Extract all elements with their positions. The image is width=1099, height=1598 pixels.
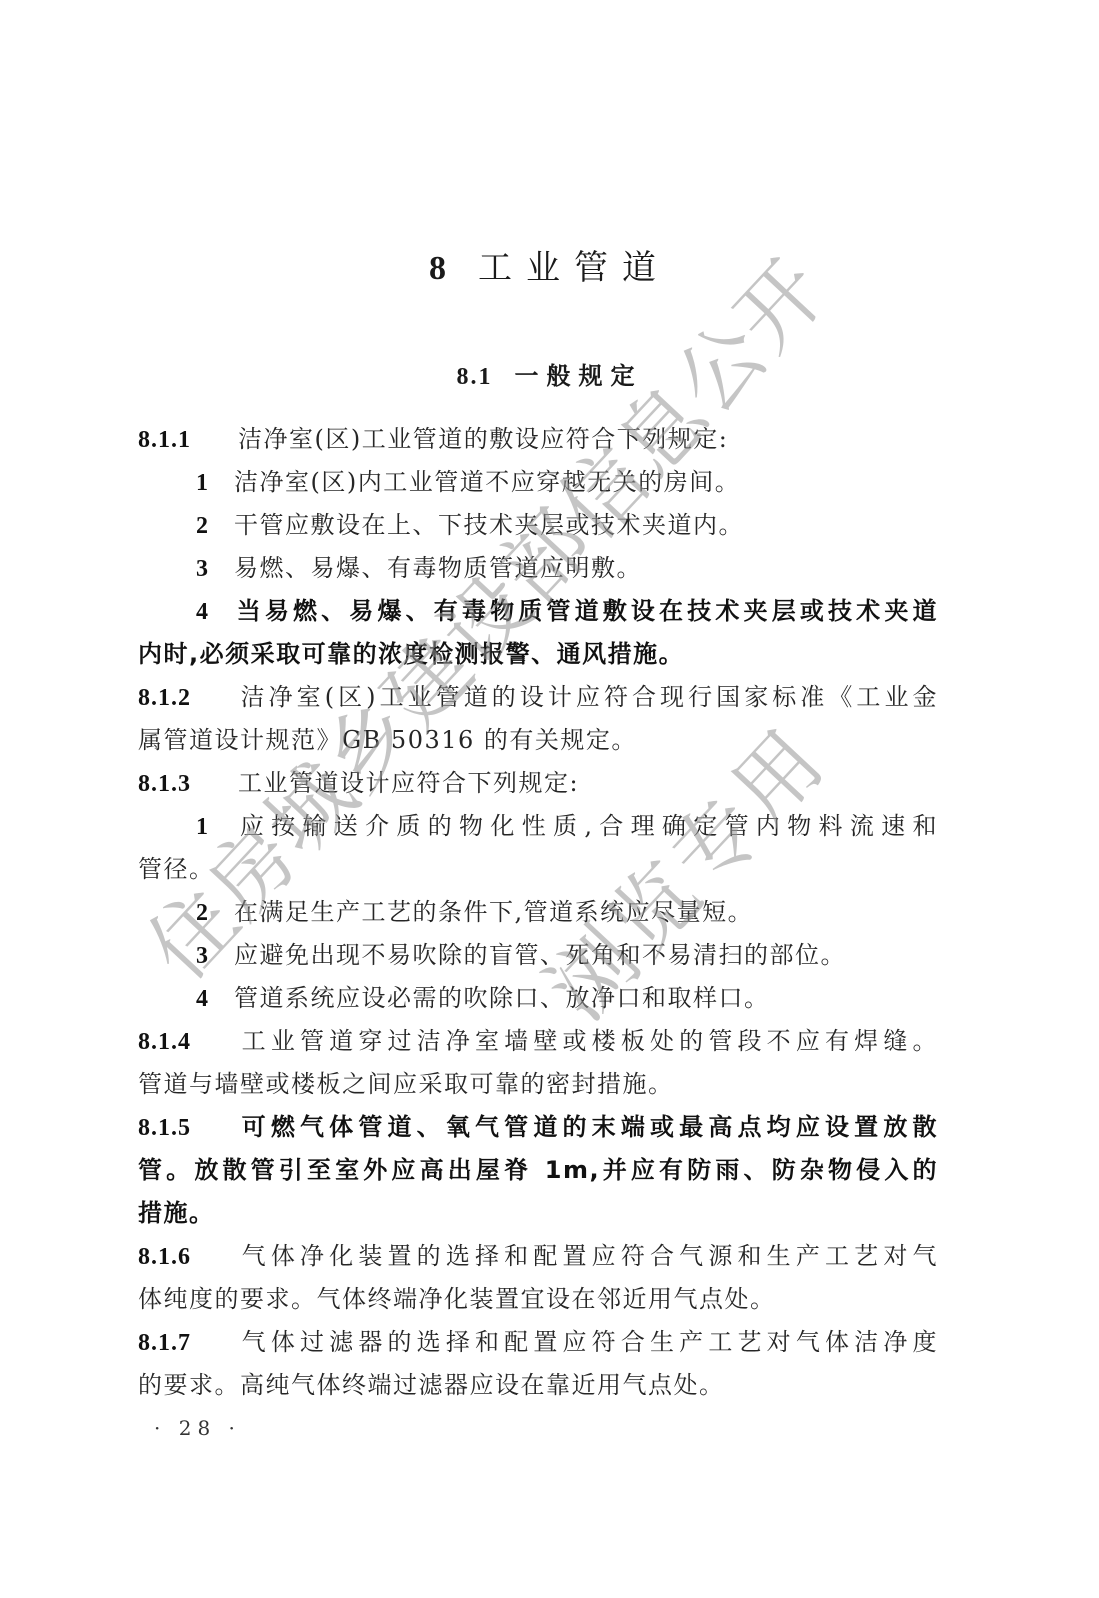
section-number: 8.1 <box>457 364 493 390</box>
clause-cont: 体纯度的要求。气体终端净化装置宜设在邻近用气点处。 <box>138 1278 938 1321</box>
clause-8-1-2: 8.1.2洁净室(区)工业管道的设计应符合现行国家标准《工业金 <box>138 676 938 719</box>
clause-item-cont: 管径。 <box>138 848 938 891</box>
clause-8-1-3: 8.1.3工业管道设计应符合下列规定: <box>138 762 938 805</box>
clause-item: 2干管应敷设在上、下技术夹层或技术夹道内。 <box>138 504 938 547</box>
clause-8-1-1: 8.1.1洁净室(区)工业管道的敷设应符合下列规定: <box>138 418 938 461</box>
clause-item: 1洁净室(区)内工业管道不应穿越无关的房间。 <box>138 461 938 504</box>
clause-item: 2在满足生产工艺的条件下,管道系统应尽量短。 <box>138 891 938 934</box>
clause-item: 3应避免出现不易吹除的盲管、死角和不易清扫的部位。 <box>138 934 938 977</box>
chapter-title-text: 工业管道 <box>478 248 670 288</box>
clause-cont: 的要求。高纯气体终端过滤器应设在靠近用气点处。 <box>138 1364 938 1407</box>
chapter-number: 8 <box>429 250 460 287</box>
clause-8-1-7: 8.1.7气体过滤器的选择和配置应符合生产工艺对气体洁净度 <box>138 1321 938 1364</box>
clause-8-1-6: 8.1.6气体净化装置的选择和配置应符合气源和生产工艺对气 <box>138 1235 938 1278</box>
chapter-title: 8工业管道 <box>0 240 1099 289</box>
clause-8-1-5: 8.1.5可燃气体管道、氧气管道的末端或最高点均应设置放散 <box>138 1106 938 1149</box>
clause-item-mandatory: 4当易燃、易爆、有毒物质管道敷设在技术夹层或技术夹道 <box>138 590 938 633</box>
section-title-text: 一般规定 <box>515 361 643 390</box>
clause-8-1-4: 8.1.4工业管道穿过洁净室墙壁或楼板处的管段不应有焊缝。 <box>138 1020 938 1063</box>
section-title: 8.1一般规定 <box>0 356 1099 391</box>
document-page: 8工业管道 8.1一般规定 8.1.1洁净室(区)工业管道的敷设应符合下列规定:… <box>0 0 1099 1598</box>
clause-cont: 措施。 <box>138 1192 938 1235</box>
clause-item-mandatory-cont: 内时,必须采取可靠的浓度检测报警、通风措施。 <box>138 633 938 676</box>
clause-cont: 管。放散管引至室外应高出屋脊 1m,并应有防雨、防杂物侵入的 <box>138 1149 938 1192</box>
clause-item: 1应按输送介质的物化性质,合理确定管内物料流速和 <box>138 805 938 848</box>
clause-cont: 管道与墙壁或楼板之间应采取可靠的密封措施。 <box>138 1063 938 1106</box>
clause-item: 4管道系统应设必需的吹除口、放净口和取样口。 <box>138 977 938 1020</box>
clause-item: 3易燃、易爆、有毒物质管道应明敷。 <box>138 547 938 590</box>
clause-cont: 属管道设计规范》GB 50316 的有关规定。 <box>138 719 938 762</box>
body-text: 8.1.1洁净室(区)工业管道的敷设应符合下列规定: 1洁净室(区)内工业管道不… <box>138 418 938 1407</box>
page-number: · 28 · <box>154 1416 241 1440</box>
